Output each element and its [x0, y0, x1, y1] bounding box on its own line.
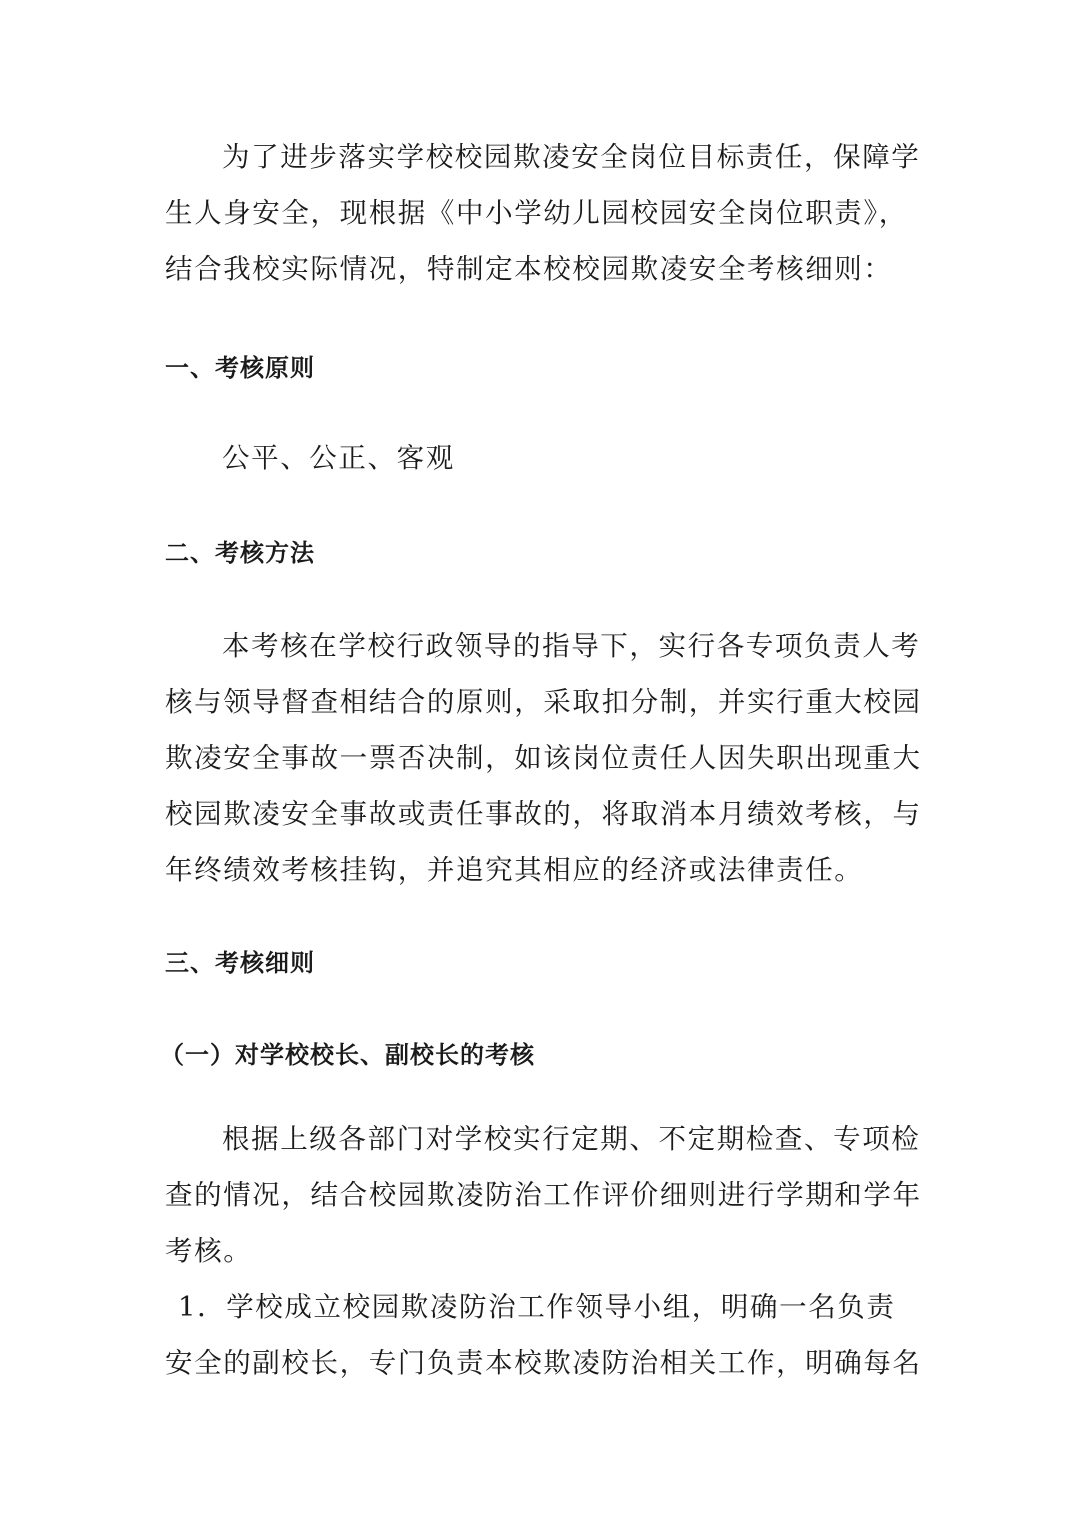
details-line-3: 考核。: [165, 1234, 252, 1268]
section-heading-details: 三、考核细则: [165, 946, 315, 980]
details-line-2: 查的情况，结合校园欺凌防治工作评价细则进行学期和学年: [165, 1178, 922, 1212]
section-heading-principles: 一、考核原则: [165, 351, 315, 385]
methods-line-2: 核与领导督查相结合的原则，采取扣分制，并实行重大校园: [165, 685, 922, 719]
principles-body: 公平、公正、客观: [222, 441, 455, 475]
details-line-1: 根据上级各部门对学校实行定期、不定期检查、专项检: [222, 1122, 920, 1156]
intro-line-1: 为了进步落实学校校园欺凌安全岗位目标责任，保障学: [222, 140, 920, 174]
methods-line-5: 年终绩效考核挂钩，并追究其相应的经济或法律责任。: [165, 853, 863, 887]
methods-line-1: 本考核在学校行政领导的指导下，实行各专项负责人考: [222, 629, 920, 663]
item-1-line-2: 安全的副校长，专门负责本校欺凌防治相关工作，明确每名: [165, 1346, 922, 1380]
subsection-heading-principals: （一）对学校校长、副校长的考核: [160, 1038, 535, 1072]
intro-line-2: 生人身安全，现根据《中小学幼儿园校园安全岗位职责》，: [165, 196, 908, 230]
item-1-line-1: 1．学校成立校园欺凌防治工作领导小组，明确一名负责: [178, 1290, 896, 1324]
section-heading-methods: 二、考核方法: [165, 536, 315, 570]
intro-line-3: 结合我校实际情况，特制定本校校园欺凌安全考核细则：: [165, 252, 893, 286]
methods-line-3: 欺凌安全事故一票否决制，如该岗位责任人因失职出现重大: [165, 741, 922, 775]
methods-line-4: 校园欺凌安全事故或责任事故的，将取消本月绩效考核，与: [165, 797, 922, 831]
